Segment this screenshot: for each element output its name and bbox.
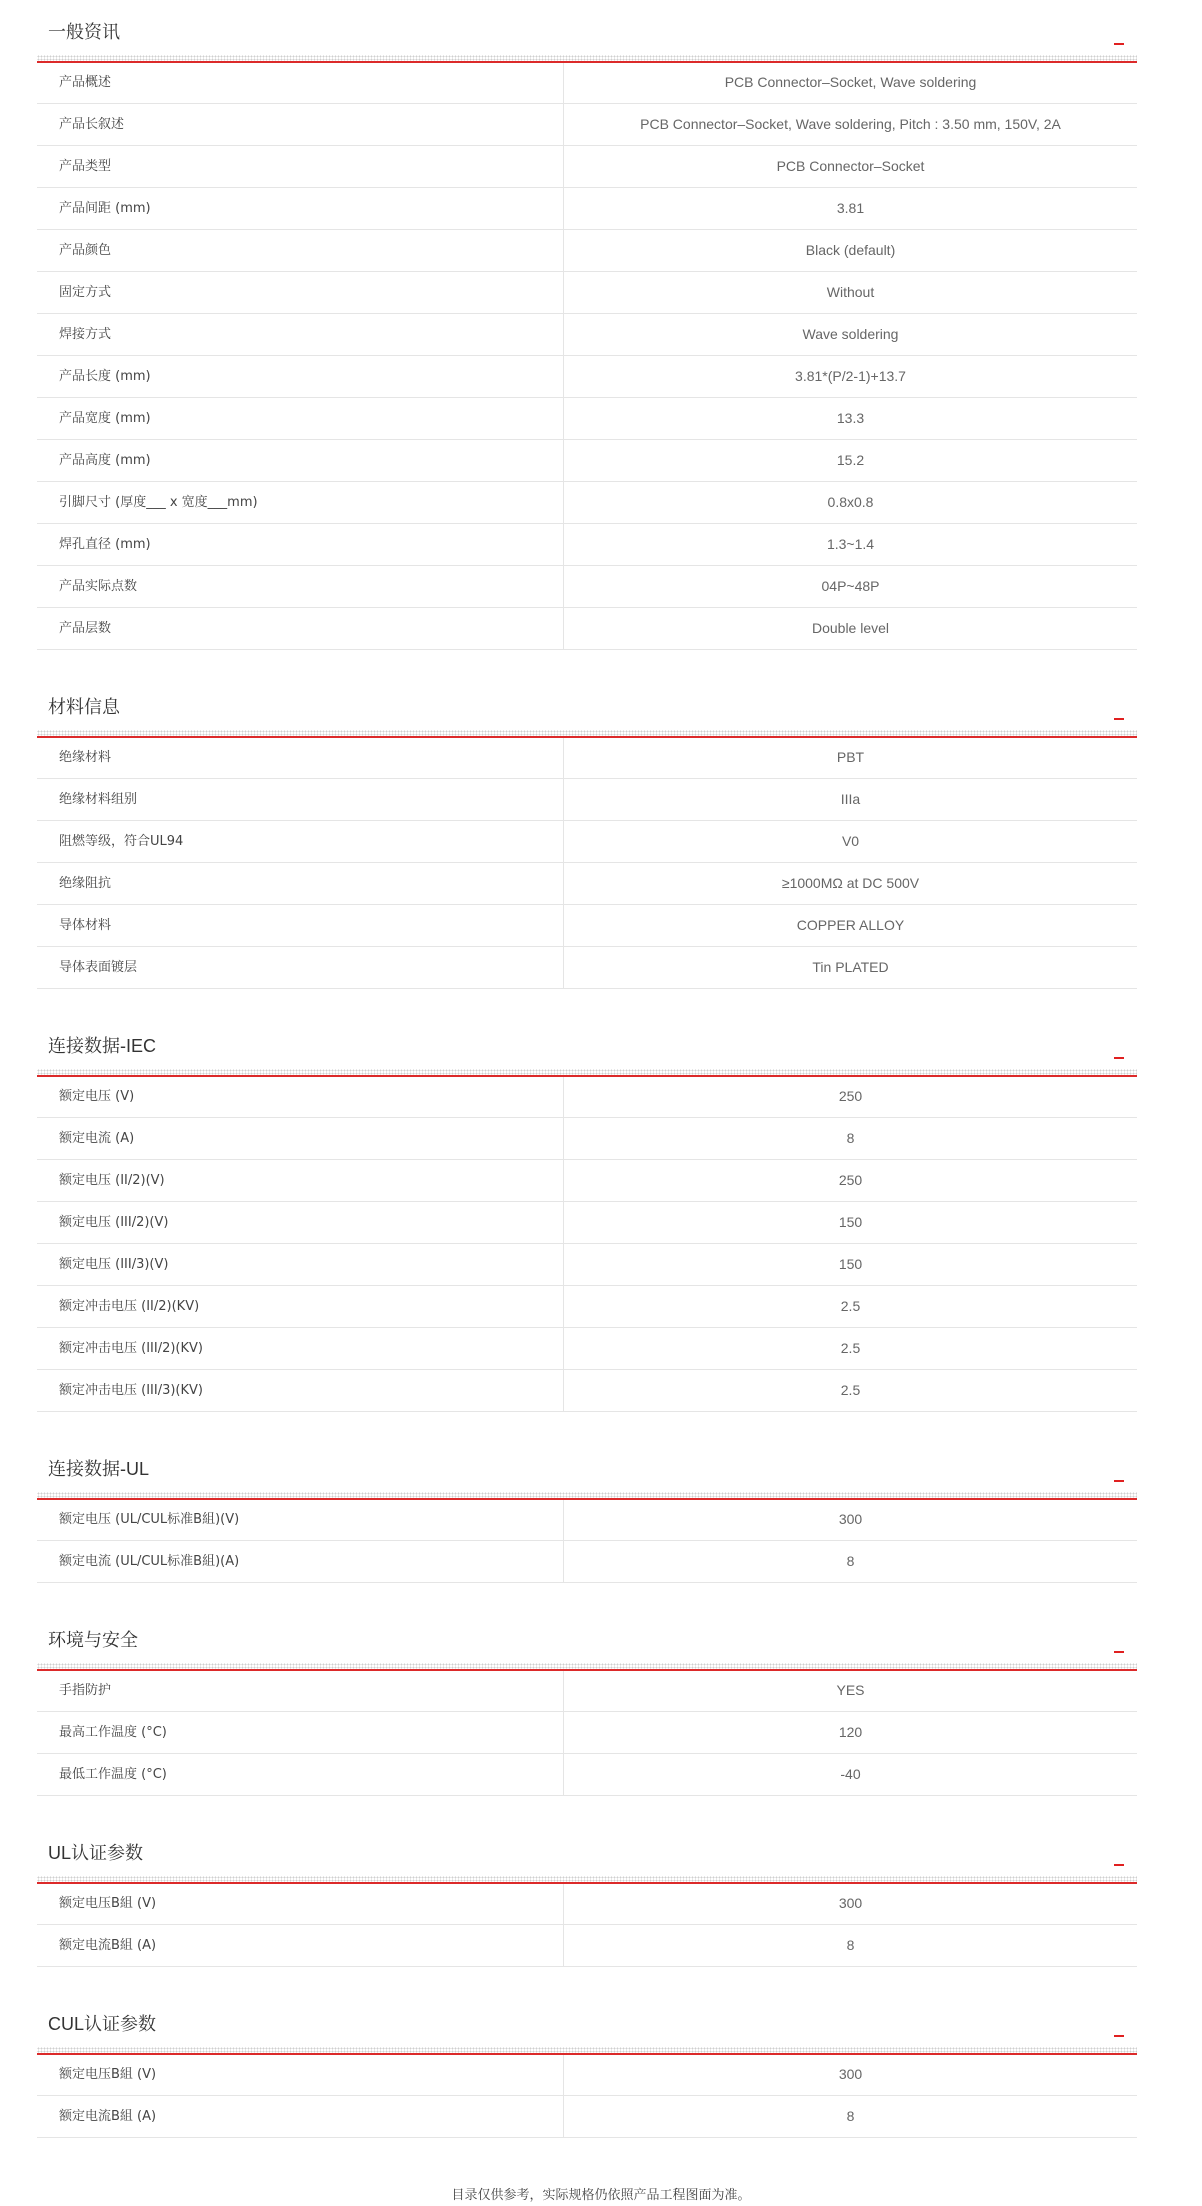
collapse-minus-icon[interactable] xyxy=(1114,1057,1124,1059)
spec-value: Without xyxy=(564,272,1137,313)
table-row: 阻燃等级，符合UL94V0 xyxy=(37,821,1137,863)
spec-value: 300 xyxy=(564,1499,1137,1540)
spec-label: 额定电压B組 (V) xyxy=(37,2054,564,2095)
spec-table: 额定电压B組 (V)300额定电流B組 (A)8 xyxy=(37,1883,1137,1967)
spec-value: 150 xyxy=(564,1202,1137,1243)
spec-value: 04P~48P xyxy=(564,566,1137,607)
table-row: 导体表面镀层Tin PLATED xyxy=(37,947,1137,989)
spec-table: 绝缘材料PBT绝缘材料组别IIIa阻燃等级，符合UL94V0绝缘阻抗≥1000M… xyxy=(37,737,1137,989)
table-row: 最低工作温度 (°C)-40 xyxy=(37,1754,1137,1796)
spec-section: 材料信息绝缘材料PBT绝缘材料组别IIIa阻燃等级，符合UL94V0绝缘阻抗≥1… xyxy=(37,675,1137,989)
spec-label: 额定冲击电压 (III/2)(KV) xyxy=(37,1328,564,1369)
spec-label: 额定电压 (UL/CUL标准B組)(V) xyxy=(37,1499,564,1540)
spec-value: 13.3 xyxy=(564,398,1137,439)
section-header[interactable]: 连接数据-IEC xyxy=(37,1014,1137,1076)
table-row: 额定电流B組 (A)8 xyxy=(37,1925,1137,1967)
spec-label: 额定电流 (UL/CUL标准B組)(A) xyxy=(37,1541,564,1582)
spec-label: 导体材料 xyxy=(37,905,564,946)
spec-label: 产品长叙述 xyxy=(37,104,564,145)
spec-label: 额定电压 (III/2)(V) xyxy=(37,1202,564,1243)
spec-value: PCB Connector–Socket, Wave soldering, Pi… xyxy=(564,104,1137,145)
section-header[interactable]: UL认证参数 xyxy=(37,1821,1137,1883)
spec-value: PBT xyxy=(564,737,1137,778)
spec-table: 手指防护YES最高工作温度 (°C)120最低工作温度 (°C)-40 xyxy=(37,1670,1137,1796)
table-row: 额定电压 (V)250 xyxy=(37,1076,1137,1118)
table-row: 固定方式Without xyxy=(37,272,1137,314)
section-header[interactable]: 材料信息 xyxy=(37,675,1137,737)
section-header[interactable]: CUL认证参数 xyxy=(37,1992,1137,2054)
footnote: 目录仅供参考，实际规格仍依照产品工程图面为准。 xyxy=(0,2184,1202,2203)
spec-table: 额定电压B組 (V)300额定电流B組 (A)8 xyxy=(37,2054,1137,2138)
spec-value: 120 xyxy=(564,1712,1137,1753)
table-row: 产品长叙述PCB Connector–Socket, Wave solderin… xyxy=(37,104,1137,146)
table-row: 产品层数Double level xyxy=(37,608,1137,650)
spec-label: 引脚尺寸 (厚度___ x 宽度___mm) xyxy=(37,482,564,523)
spec-section: UL认证参数额定电压B組 (V)300额定电流B組 (A)8 xyxy=(37,1821,1137,1967)
collapse-minus-icon[interactable] xyxy=(1114,43,1124,45)
section-header[interactable]: 连接数据-UL xyxy=(37,1437,1137,1499)
spec-label: 绝缘材料组别 xyxy=(37,779,564,820)
spec-table: 产品概述PCB Connector–Socket, Wave soldering… xyxy=(37,62,1137,650)
accent-divider xyxy=(37,1882,1137,1884)
spec-value: PCB Connector–Socket xyxy=(564,146,1137,187)
spec-label: 产品间距 (mm) xyxy=(37,188,564,229)
table-row: 额定电流 (UL/CUL标准B組)(A)8 xyxy=(37,1541,1137,1583)
spec-label: 最低工作温度 (°C) xyxy=(37,1754,564,1795)
spec-table: 额定电压 (V)250额定电流 (A)8额定电压 (II/2)(V)250额定电… xyxy=(37,1076,1137,1412)
spec-value: COPPER ALLOY xyxy=(564,905,1137,946)
collapse-minus-icon[interactable] xyxy=(1114,718,1124,720)
spec-label: 手指防护 xyxy=(37,1670,564,1711)
spec-label: 绝缘阻抗 xyxy=(37,863,564,904)
spec-section: CUL认证参数额定电压B組 (V)300额定电流B組 (A)8 xyxy=(37,1992,1137,2138)
table-row: 焊接方式Wave soldering xyxy=(37,314,1137,356)
spec-label: 绝缘材料 xyxy=(37,737,564,778)
spec-label: 额定电压B組 (V) xyxy=(37,1883,564,1924)
spec-value: Tin PLATED xyxy=(564,947,1137,988)
table-row: 额定电压 (III/2)(V)150 xyxy=(37,1202,1137,1244)
spec-value: 250 xyxy=(564,1076,1137,1117)
table-row: 产品类型PCB Connector–Socket xyxy=(37,146,1137,188)
collapse-minus-icon[interactable] xyxy=(1114,1480,1124,1482)
spec-label: 产品颜色 xyxy=(37,230,564,271)
collapse-minus-icon[interactable] xyxy=(1114,2035,1124,2037)
spec-section: 环境与安全手指防护YES最高工作温度 (°C)120最低工作温度 (°C)-40 xyxy=(37,1608,1137,1796)
spec-value: 0.8x0.8 xyxy=(564,482,1137,523)
accent-divider xyxy=(37,2053,1137,2055)
table-row: 导体材料COPPER ALLOY xyxy=(37,905,1137,947)
spec-value: 2.5 xyxy=(564,1328,1137,1369)
table-row: 额定电流B組 (A)8 xyxy=(37,2096,1137,2138)
spec-label: 导体表面镀层 xyxy=(37,947,564,988)
table-row: 绝缘材料组别IIIa xyxy=(37,779,1137,821)
table-row: 额定电压B組 (V)300 xyxy=(37,2054,1137,2096)
spec-label: 额定冲击电压 (III/3)(KV) xyxy=(37,1370,564,1411)
accent-divider xyxy=(37,1669,1137,1671)
spec-label: 产品高度 (mm) xyxy=(37,440,564,481)
spec-value: 1.3~1.4 xyxy=(564,524,1137,565)
spec-label: 额定冲击电压 (II/2)(KV) xyxy=(37,1286,564,1327)
table-row: 额定电压 (III/3)(V)150 xyxy=(37,1244,1137,1286)
table-row: 最高工作温度 (°C)120 xyxy=(37,1712,1137,1754)
table-row: 引脚尺寸 (厚度___ x 宽度___mm)0.8x0.8 xyxy=(37,482,1137,524)
spec-value: 8 xyxy=(564,2096,1137,2137)
table-row: 额定电压 (II/2)(V)250 xyxy=(37,1160,1137,1202)
spec-label: 额定电压 (III/3)(V) xyxy=(37,1244,564,1285)
table-row: 手指防护YES xyxy=(37,1670,1137,1712)
table-row: 产品宽度 (mm)13.3 xyxy=(37,398,1137,440)
spec-label: 额定电压 (II/2)(V) xyxy=(37,1160,564,1201)
table-row: 额定冲击电压 (II/2)(KV)2.5 xyxy=(37,1286,1137,1328)
spec-label: 焊接方式 xyxy=(37,314,564,355)
table-row: 额定电压 (UL/CUL标准B組)(V)300 xyxy=(37,1499,1137,1541)
collapse-minus-icon[interactable] xyxy=(1114,1651,1124,1653)
spec-label: 产品长度 (mm) xyxy=(37,356,564,397)
accent-divider xyxy=(37,61,1137,63)
spec-label: 额定电流B組 (A) xyxy=(37,2096,564,2137)
spec-label: 固定方式 xyxy=(37,272,564,313)
table-row: 额定电压B組 (V)300 xyxy=(37,1883,1137,1925)
spec-value: 15.2 xyxy=(564,440,1137,481)
accent-divider xyxy=(37,736,1137,738)
spec-value: 8 xyxy=(564,1118,1137,1159)
spec-value: 300 xyxy=(564,2054,1137,2095)
spec-value: YES xyxy=(564,1670,1137,1711)
table-row: 产品概述PCB Connector–Socket, Wave soldering xyxy=(37,62,1137,104)
spec-value: 300 xyxy=(564,1883,1137,1924)
spec-label: 焊孔直径 (mm) xyxy=(37,524,564,565)
spec-label: 最高工作温度 (°C) xyxy=(37,1712,564,1753)
spec-label: 产品实际点数 xyxy=(37,566,564,607)
spec-label: 额定电压 (V) xyxy=(37,1076,564,1117)
section-title: 环境与安全 xyxy=(48,1628,138,1652)
spec-value: Wave soldering xyxy=(564,314,1137,355)
spec-value: 2.5 xyxy=(564,1370,1137,1411)
table-row: 额定冲击电压 (III/2)(KV)2.5 xyxy=(37,1328,1137,1370)
section-header[interactable]: 一般资讯 xyxy=(37,0,1137,62)
collapse-minus-icon[interactable] xyxy=(1114,1864,1124,1866)
spec-label: 阻燃等级，符合UL94 xyxy=(37,821,564,862)
section-title: 连接数据-UL xyxy=(48,1457,149,1481)
table-row: 额定电流 (A)8 xyxy=(37,1118,1137,1160)
spec-value: -40 xyxy=(564,1754,1137,1795)
spec-value: PCB Connector–Socket, Wave soldering xyxy=(564,62,1137,103)
spec-label: 产品宽度 (mm) xyxy=(37,398,564,439)
spec-value: 250 xyxy=(564,1160,1137,1201)
table-row: 产品实际点数04P~48P xyxy=(37,566,1137,608)
spec-value: Black (default) xyxy=(564,230,1137,271)
accent-divider xyxy=(37,1075,1137,1077)
table-row: 产品间距 (mm)3.81 xyxy=(37,188,1137,230)
spec-value: 3.81*(P/2-1)+13.7 xyxy=(564,356,1137,397)
spec-value: ≥1000MΩ at DC 500V xyxy=(564,863,1137,904)
spec-value: V0 xyxy=(564,821,1137,862)
section-title: 连接数据-IEC xyxy=(48,1034,156,1058)
spec-section: 连接数据-IEC额定电压 (V)250额定电流 (A)8额定电压 (II/2)(… xyxy=(37,1014,1137,1412)
spec-value: 8 xyxy=(564,1541,1137,1582)
spec-sheet: 一般资讯产品概述PCB Connector–Socket, Wave solde… xyxy=(37,0,1137,2163)
spec-value: 150 xyxy=(564,1244,1137,1285)
section-title: CUL认证参数 xyxy=(48,2012,156,2036)
spec-value: 8 xyxy=(564,1925,1137,1966)
section-title: 材料信息 xyxy=(48,695,120,719)
spec-label: 产品层数 xyxy=(37,608,564,649)
section-title: UL认证参数 xyxy=(48,1841,143,1865)
spec-table: 额定电压 (UL/CUL标准B組)(V)300额定电流 (UL/CUL标准B組)… xyxy=(37,1499,1137,1583)
spec-label: 额定电流 (A) xyxy=(37,1118,564,1159)
table-row: 焊孔直径 (mm)1.3~1.4 xyxy=(37,524,1137,566)
spec-label: 产品概述 xyxy=(37,62,564,103)
section-title: 一般资讯 xyxy=(48,20,120,44)
table-row: 产品颜色Black (default) xyxy=(37,230,1137,272)
table-row: 绝缘材料PBT xyxy=(37,737,1137,779)
accent-divider xyxy=(37,1498,1137,1500)
table-row: 产品长度 (mm)3.81*(P/2-1)+13.7 xyxy=(37,356,1137,398)
spec-section: 连接数据-UL额定电压 (UL/CUL标准B組)(V)300额定电流 (UL/C… xyxy=(37,1437,1137,1583)
section-header[interactable]: 环境与安全 xyxy=(37,1608,1137,1670)
spec-value: 3.81 xyxy=(564,188,1137,229)
spec-label: 额定电流B組 (A) xyxy=(37,1925,564,1966)
spec-label: 产品类型 xyxy=(37,146,564,187)
spec-value: Double level xyxy=(564,608,1137,649)
table-row: 产品高度 (mm)15.2 xyxy=(37,440,1137,482)
table-row: 额定冲击电压 (III/3)(KV)2.5 xyxy=(37,1370,1137,1412)
spec-value: 2.5 xyxy=(564,1286,1137,1327)
spec-value: IIIa xyxy=(564,779,1137,820)
spec-section: 一般资讯产品概述PCB Connector–Socket, Wave solde… xyxy=(37,0,1137,650)
table-row: 绝缘阻抗≥1000MΩ at DC 500V xyxy=(37,863,1137,905)
